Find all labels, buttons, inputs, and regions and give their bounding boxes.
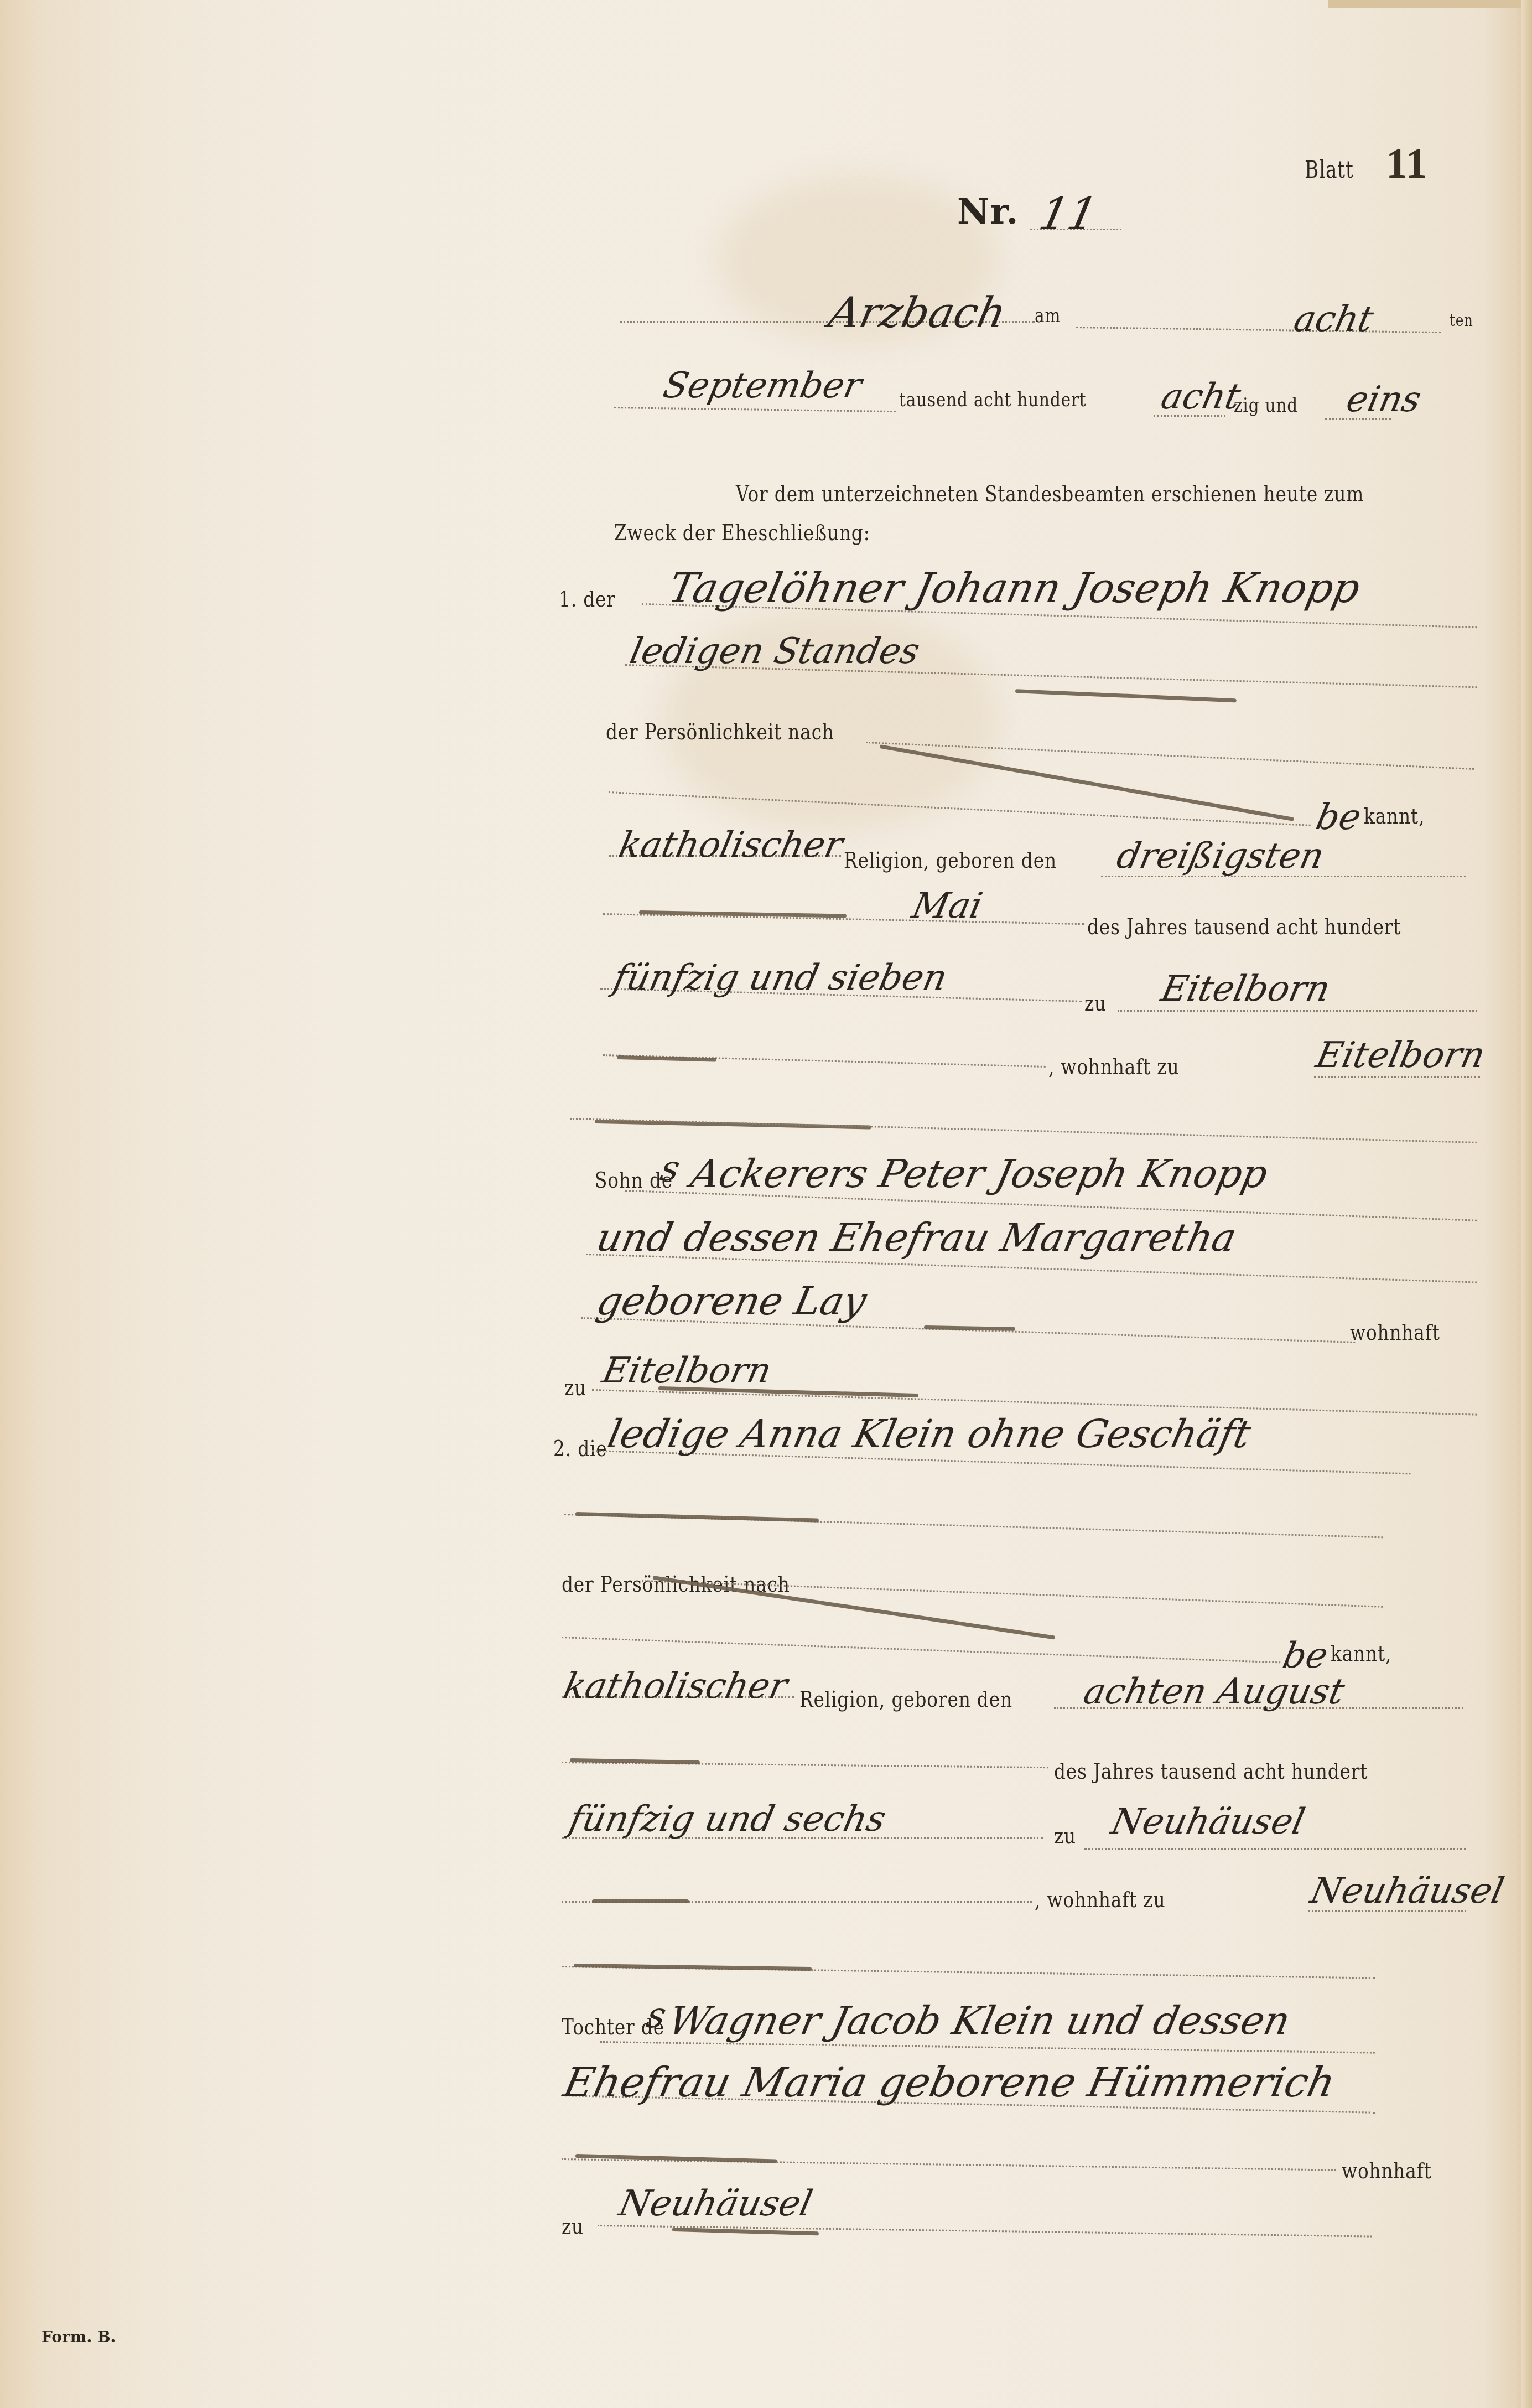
strike-line [574,1964,812,1971]
month-line [614,407,896,412]
page-top-edge [1328,0,1532,8]
groom-religion-label: Religion, geboren den [844,848,1057,873]
groom-year-label: des Jahres tausend acht hundert [1087,914,1401,940]
groom-birth-day: dreißigsten [1113,836,1327,877]
strike-line [1015,689,1237,702]
groom-known-suffix: be [1312,797,1365,838]
bride-parents-residence-label: wohnhaft [1342,2158,1432,2184]
groom-known-line [609,791,1311,826]
groom-mother: und dessen Ehefrau Margaretha [593,1215,1240,1260]
day-line [1076,327,1441,333]
groom-known-label: kannt, [1364,804,1425,829]
groom-name: Tagelöhner Johann Joseph Knopp [664,565,1364,612]
place-value: Arzbach [825,288,1011,337]
groom-parents-residence-label: wohnhaft [1350,1320,1440,1345]
bride-birth-place: Neuhäusel [1108,1801,1308,1842]
groom-residence-line [1314,1076,1480,1078]
bride-parents-residence: Neuhäusel [615,2183,816,2224]
form-label: Form. B. [41,2328,116,2346]
day-value: acht [1290,299,1377,340]
bride-religion-label: Religion, geboren den [799,1687,1012,1712]
bride-year-label: des Jahres tausend acht hundert [1054,1759,1368,1784]
bride-daughter-suffix: s [643,1995,670,2036]
page-right-edge [1521,0,1532,2408]
year-units-value: eins [1343,379,1425,420]
intro-line-1: Vor dem unterzeichneten Standesbeamten e… [736,481,1364,507]
zig-und-label: zig und [1234,394,1298,417]
groom-number: 1. der [559,587,616,612]
bride-name: ledige Anna Klein ohne Geschäft [604,1411,1255,1457]
groom-religion-value: katholischer [615,825,846,866]
blatt-number: 11 [1386,138,1428,188]
groom-birth-place: Eitelborn [1157,969,1333,1009]
groom-parents-residence: Eitelborn [599,1350,775,1391]
bride-number: 2. die [553,1436,607,1462]
groom-personality-label: der Persönlichkeit nach [606,719,834,745]
groom-parents-residence-zu: zu [564,1375,586,1401]
bride-born-in-label: zu [1054,1824,1076,1849]
entry-number-line [1030,229,1121,230]
bride-mother-line-text: Ehefrau Maria geborene Hümmerich [559,2059,1339,2106]
bride-birth-date: achten August [1080,1671,1348,1712]
groom-status: ledigen Standes [626,631,923,672]
intro-line-2: Zweck der Eheschließung: [614,520,870,546]
groom-residence-label: , wohnhaft zu [1048,1054,1179,1080]
bride-residence: Neuhäusel [1307,1871,1508,1912]
strike-line [592,1899,689,1903]
register-page: Blatt 11 Nr. 11 Arzbach am acht ten Sept… [0,0,1532,2408]
groom-father: Ackerers Peter Joseph Knopp [687,1151,1271,1197]
entry-number: 11 [1035,188,1102,240]
groom-born-in-label: zu [1084,991,1107,1016]
year-tens-value: acht [1157,376,1244,417]
groom-blank-line [570,1118,1477,1143]
entry-label: Nr. [957,191,1019,232]
groom-birth-place-line [1118,1010,1477,1012]
am-label: am [1035,304,1061,327]
groom-birth-month: Mai [908,885,986,926]
bride-birth-year: fünfzig und sechs [565,1799,889,1840]
bride-father-line-text: Wagner Jacob Klein und dessen [664,1998,1294,2043]
groom-residence: Eitelborn [1312,1035,1488,1076]
strike-line [924,1325,1015,1331]
day-suffix: ten [1450,311,1473,330]
bride-parents-residence-zu: zu [562,2214,584,2239]
bride-known-label: kannt, [1331,1641,1391,1666]
bride-known-line [562,1637,1280,1663]
groom-birth-year: fünfzig und sieben [610,957,951,998]
bride-birth-place-line [1084,1848,1466,1850]
month-value: September [659,365,865,406]
groom-son-suffix: s [657,1148,684,1189]
strike-line [652,1576,1055,1640]
year-prefix-label: tausend acht hundert [899,389,1087,411]
blatt-label: Blatt [1305,156,1354,183]
bride-residence-label: , wohnhaft zu [1035,1887,1165,1913]
strike-line [575,2154,777,2163]
bride-known-suffix: be [1279,1635,1332,1676]
bride-religion-value: katholischer [560,1666,791,1707]
groom-mother-maiden: geborene Lay [593,1278,870,1324]
strike-line [575,1512,819,1523]
